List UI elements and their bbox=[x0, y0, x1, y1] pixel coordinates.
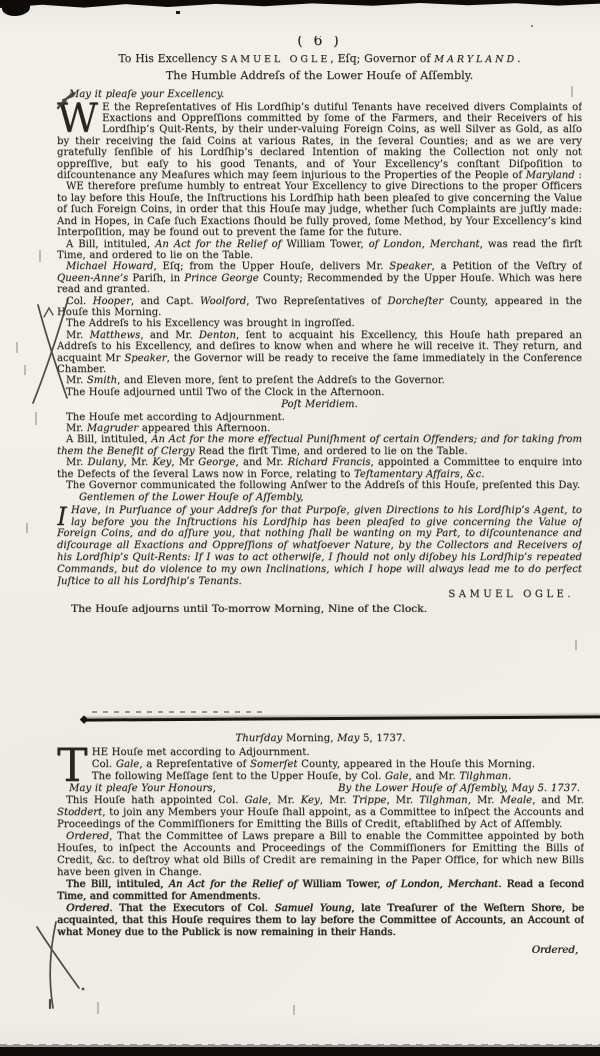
drop-cap-w: W bbox=[57, 102, 102, 135]
scan-dash bbox=[16, 342, 18, 353]
message-heading-row: May it pleaſe Your Honours, By the Lower… bbox=[57, 783, 584, 795]
paragraph-house-met-thursday: THE Houſe met according to Adjournment. bbox=[57, 747, 584, 759]
paragraph-committee-laws: Mr. Dulany, Mr. Key, Mr George, and Mr. … bbox=[57, 457, 582, 480]
paragraph-adjourned-two: The Houſe adjourned until Two of the Clo… bbox=[57, 387, 582, 398]
paragraph-ordered-executors: Ordered. That the Executors of Col. Samu… bbox=[57, 903, 584, 939]
scan-artifact-bottom-edge bbox=[0, 1045, 600, 1056]
governor-signature: SAMUEL OGLE. bbox=[57, 589, 582, 600]
paragraph-address-ingrossed: The Addreſs to his Excellency was brough… bbox=[57, 318, 582, 329]
paragraph-committee-appointed: This Houſe hath appointed Col. Gale, Mr.… bbox=[57, 795, 584, 831]
paragraph-hooper-woolford: Col. Hooper, and Capt. Woolford, Two Rep… bbox=[57, 296, 582, 319]
scan-dash bbox=[39, 250, 41, 262]
paragraph-entreat: WE therefore preſume humbly to entreat Y… bbox=[57, 181, 582, 238]
paragraph-adjourns-tomorrow: The Houſe adjourns until To-morrow Morni… bbox=[57, 604, 582, 615]
governor-answer: IHave, in Purſuance of your Addreſs for … bbox=[57, 505, 582, 588]
session-dateline: Thurſday Morning, May 5, 1737. bbox=[57, 733, 584, 745]
scan-artifact-top-blob bbox=[2, 0, 30, 16]
paragraph-bill-tower: A Bill, intituled, An Act for the Relief… bbox=[57, 239, 582, 262]
drop-cap-i: I bbox=[57, 505, 71, 527]
dedication-line: To His Excellency SAMUEL OGLE, Eſq; Gove… bbox=[57, 53, 582, 65]
paragraph-bill-tower-second-reading: The Bill, intituled, An Act for the Reli… bbox=[57, 879, 584, 903]
message-attribution: By the Lower Houſe of Aſſembly, May 5. 1… bbox=[338, 783, 584, 795]
answer-salutation: Gentlemen of the Lower Houſe of Aſſembly… bbox=[57, 492, 582, 503]
scan-speck bbox=[176, 11, 180, 14]
paragraph-text: E the Repreſentatives of His Lordſhip’s … bbox=[57, 102, 582, 181]
drop-cap-t: T bbox=[57, 747, 92, 782]
paragraph-magruder: Mr. Magruder appeared this Afternoon. bbox=[57, 423, 582, 434]
post-meridiem-heading: Poſt Meridiem. bbox=[57, 399, 582, 410]
paragraph-house-met: The Houſe met according to Adjournment. bbox=[57, 412, 582, 423]
paragraph-ordered-committee-laws: Ordered, That the Committee of Laws prep… bbox=[57, 831, 584, 879]
paragraph-howard-petition: Michael Howard, Eſq; from the Upper Houſ… bbox=[57, 261, 582, 295]
paragraph-representatives: WE the Repreſentatives of His Lordſhip’s… bbox=[57, 102, 582, 182]
scan-dash bbox=[35, 412, 37, 425]
paragraph-smith-eleven: Mr. Smith, and Eleven more, ſent to preſ… bbox=[57, 375, 582, 386]
journal-bottom-section: Thurſday Morning, May 5, 1737. THE Houſe… bbox=[57, 733, 584, 1033]
paragraph-text: HE Houſe met according to Adjournment. bbox=[92, 747, 310, 758]
governor-answer-text: Have, in Purſuance of your Addreſs for t… bbox=[57, 505, 582, 587]
address-title: The Humble Addreſs of the Lower Houſe of… bbox=[57, 70, 582, 81]
scan-speck bbox=[531, 25, 533, 27]
scan-dash bbox=[24, 365, 26, 375]
paragraph-col-gale: Col. Gale, a Repreſentative of Somerſet … bbox=[57, 759, 584, 771]
scan-artifact-top-edge bbox=[0, 0, 600, 8]
salutation: May it pleaſe your Excellency. bbox=[57, 89, 582, 100]
paragraph-matthews-denton: Mr. Matthews, and Mr. Denton, ſent to ac… bbox=[57, 330, 582, 376]
message-salutation: May it pleaſe Your Honours, bbox=[57, 783, 216, 795]
page-number: ( 6 ) bbox=[57, 36, 582, 47]
section-divider-rule bbox=[84, 715, 600, 721]
paragraph-governor-answer-intro: The Governor communicated the following … bbox=[57, 480, 582, 491]
journal-top-section: ( 6 ) To His Excellency SAMUEL OGLE, Eſq… bbox=[57, 36, 582, 714]
paragraph-message-upper-house: The following Meſſage ſent to the Upper … bbox=[57, 771, 584, 783]
catchword: Ordered, bbox=[57, 945, 584, 957]
paragraph-bill-offenders: A Bill, intituled, An Act for the more e… bbox=[57, 434, 582, 457]
divider-fuzz bbox=[92, 711, 262, 713]
scan-dash bbox=[26, 523, 28, 533]
scanned-document-page: ( 6 ) To His Excellency SAMUEL OGLE, Eſq… bbox=[0, 0, 600, 1056]
